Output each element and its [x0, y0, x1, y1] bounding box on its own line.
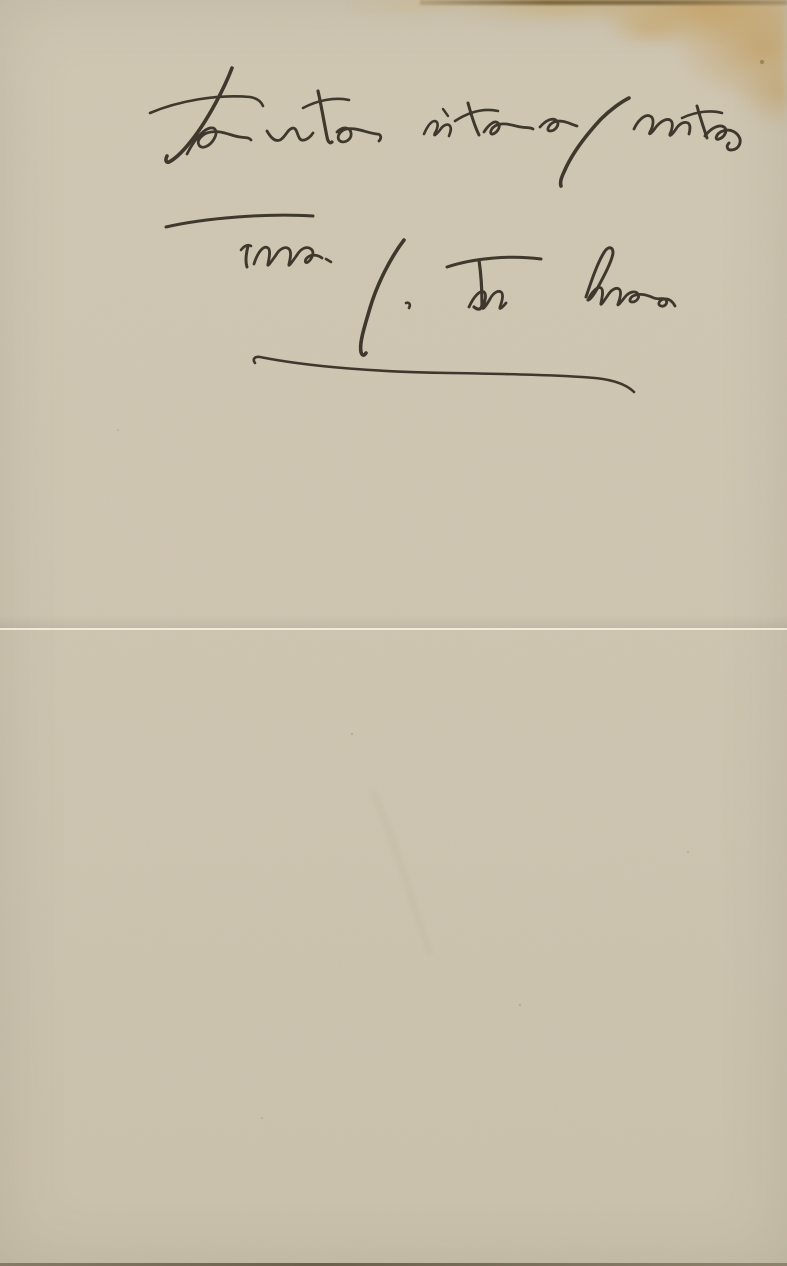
- scanned-letter-page: trovato interessante Tuo Trilussa Scanne…: [0, 0, 787, 1266]
- paper-grain-texture: [0, 0, 787, 1266]
- fold-crease-line: [0, 628, 787, 630]
- fold-crease-shadow: [0, 615, 787, 628]
- handwriting-layer: [0, 0, 787, 1266]
